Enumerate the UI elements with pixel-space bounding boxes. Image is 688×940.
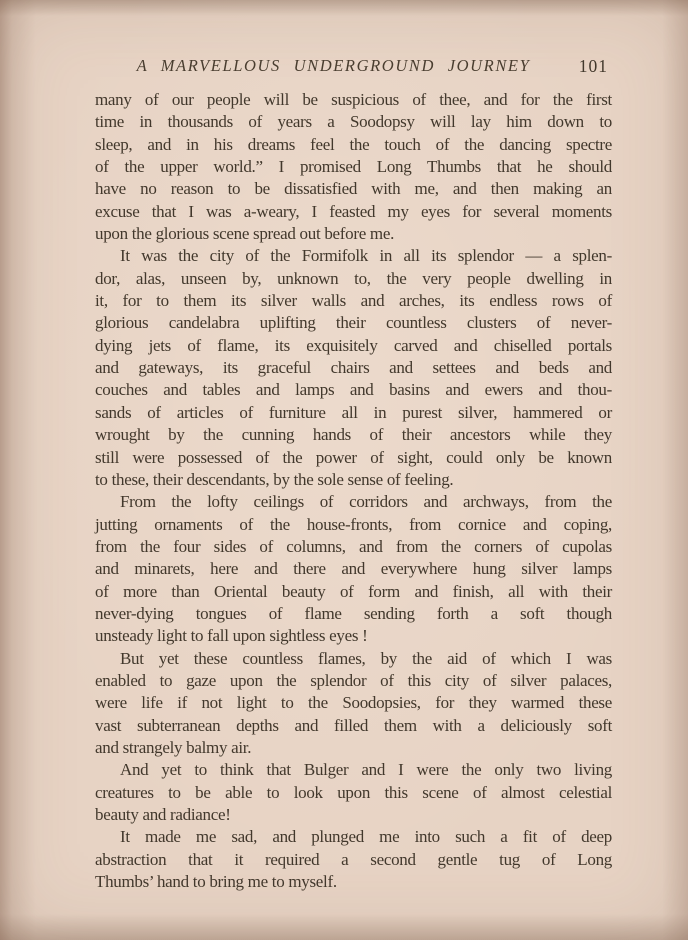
text-line: many of our people will be suspicious of… xyxy=(95,89,612,111)
text-line: excuse that I was a-weary, I feasted my … xyxy=(95,201,612,223)
paragraph: But yet these countless flames, by the a… xyxy=(95,648,612,760)
text-line: were life if not light to the Soodopsies… xyxy=(95,692,612,714)
text-line: creatures to be able to look upon this s… xyxy=(95,782,612,804)
paragraph: It was the city of the Formifolk in all … xyxy=(95,245,612,491)
paragraph: many of our people will be suspicious of… xyxy=(95,89,612,245)
text-line: it, for to them its silver walls and arc… xyxy=(95,290,612,312)
running-header-title: A MARVELLOUS UNDERGROUND JOURNEY xyxy=(95,56,612,76)
text-line: dying jets of flame, its exquisitely car… xyxy=(95,335,612,357)
page-text: many of our people will be suspicious of… xyxy=(95,89,612,893)
text-line: abstraction that it required a second ge… xyxy=(95,849,612,871)
page-number: 101 xyxy=(579,56,608,77)
text-line: unsteady light to fall upon sightless ey… xyxy=(95,625,612,647)
paragraph: From the lofty ceilings of corridors and… xyxy=(95,491,612,647)
text-line: time in thousands of years a Soodopsy wi… xyxy=(95,111,612,133)
text-line: have no reason to be dissatisfied with m… xyxy=(95,178,612,200)
paragraph: It made me sad, and plunged me into such… xyxy=(95,826,612,893)
text-line: And yet to think that Bulger and I were … xyxy=(95,759,612,781)
text-line: upon the glorious scene spread out befor… xyxy=(95,223,612,245)
text-line: sands of articles of furniture all in pu… xyxy=(95,402,612,424)
text-line: wrought by the cunning hands of their an… xyxy=(95,424,612,446)
text-line: of more than Oriental beauty of form and… xyxy=(95,581,612,603)
text-line: of the upper world.” I promised Long Thu… xyxy=(95,156,612,178)
text-line: never-dying tongues of flame sending for… xyxy=(95,603,612,625)
text-line: jutting ornaments of the house-fronts, f… xyxy=(95,514,612,536)
text-line: It was the city of the Formifolk in all … xyxy=(95,245,612,267)
text-line: and gateways, its graceful chairs and se… xyxy=(95,357,612,379)
text-line: From the lofty ceilings of corridors and… xyxy=(95,491,612,513)
page-header: A MARVELLOUS UNDERGROUND JOURNEY 101 xyxy=(95,56,612,80)
text-line: and strangely balmy air. xyxy=(95,737,612,759)
text-line: from the four sides of columns, and from… xyxy=(95,536,612,558)
text-line: sleep, and in his dreams feel the touch … xyxy=(95,134,612,156)
text-line: glorious candelabra uplifting their coun… xyxy=(95,312,612,334)
text-line: vast subterranean depths and filled them… xyxy=(95,715,612,737)
text-line: But yet these countless flames, by the a… xyxy=(95,648,612,670)
text-line: enabled to gaze upon the splendor of thi… xyxy=(95,670,612,692)
book-page: A MARVELLOUS UNDERGROUND JOURNEY 101 man… xyxy=(0,0,688,940)
text-line: still were possessed of the power of sig… xyxy=(95,447,612,469)
text-line: couches and tables and lamps and basins … xyxy=(95,379,612,401)
text-line: dor, alas, unseen by, unknown to, the ve… xyxy=(95,268,612,290)
text-line: and minarets, here and there and everywh… xyxy=(95,558,612,580)
text-line: Thumbs’ hand to bring me to myself. xyxy=(95,871,612,893)
text-line: to these, their descendants, by the sole… xyxy=(95,469,612,491)
paragraph: And yet to think that Bulger and I were … xyxy=(95,759,612,826)
text-line: beauty and radiance! xyxy=(95,804,612,826)
text-line: It made me sad, and plunged me into such… xyxy=(95,826,612,848)
